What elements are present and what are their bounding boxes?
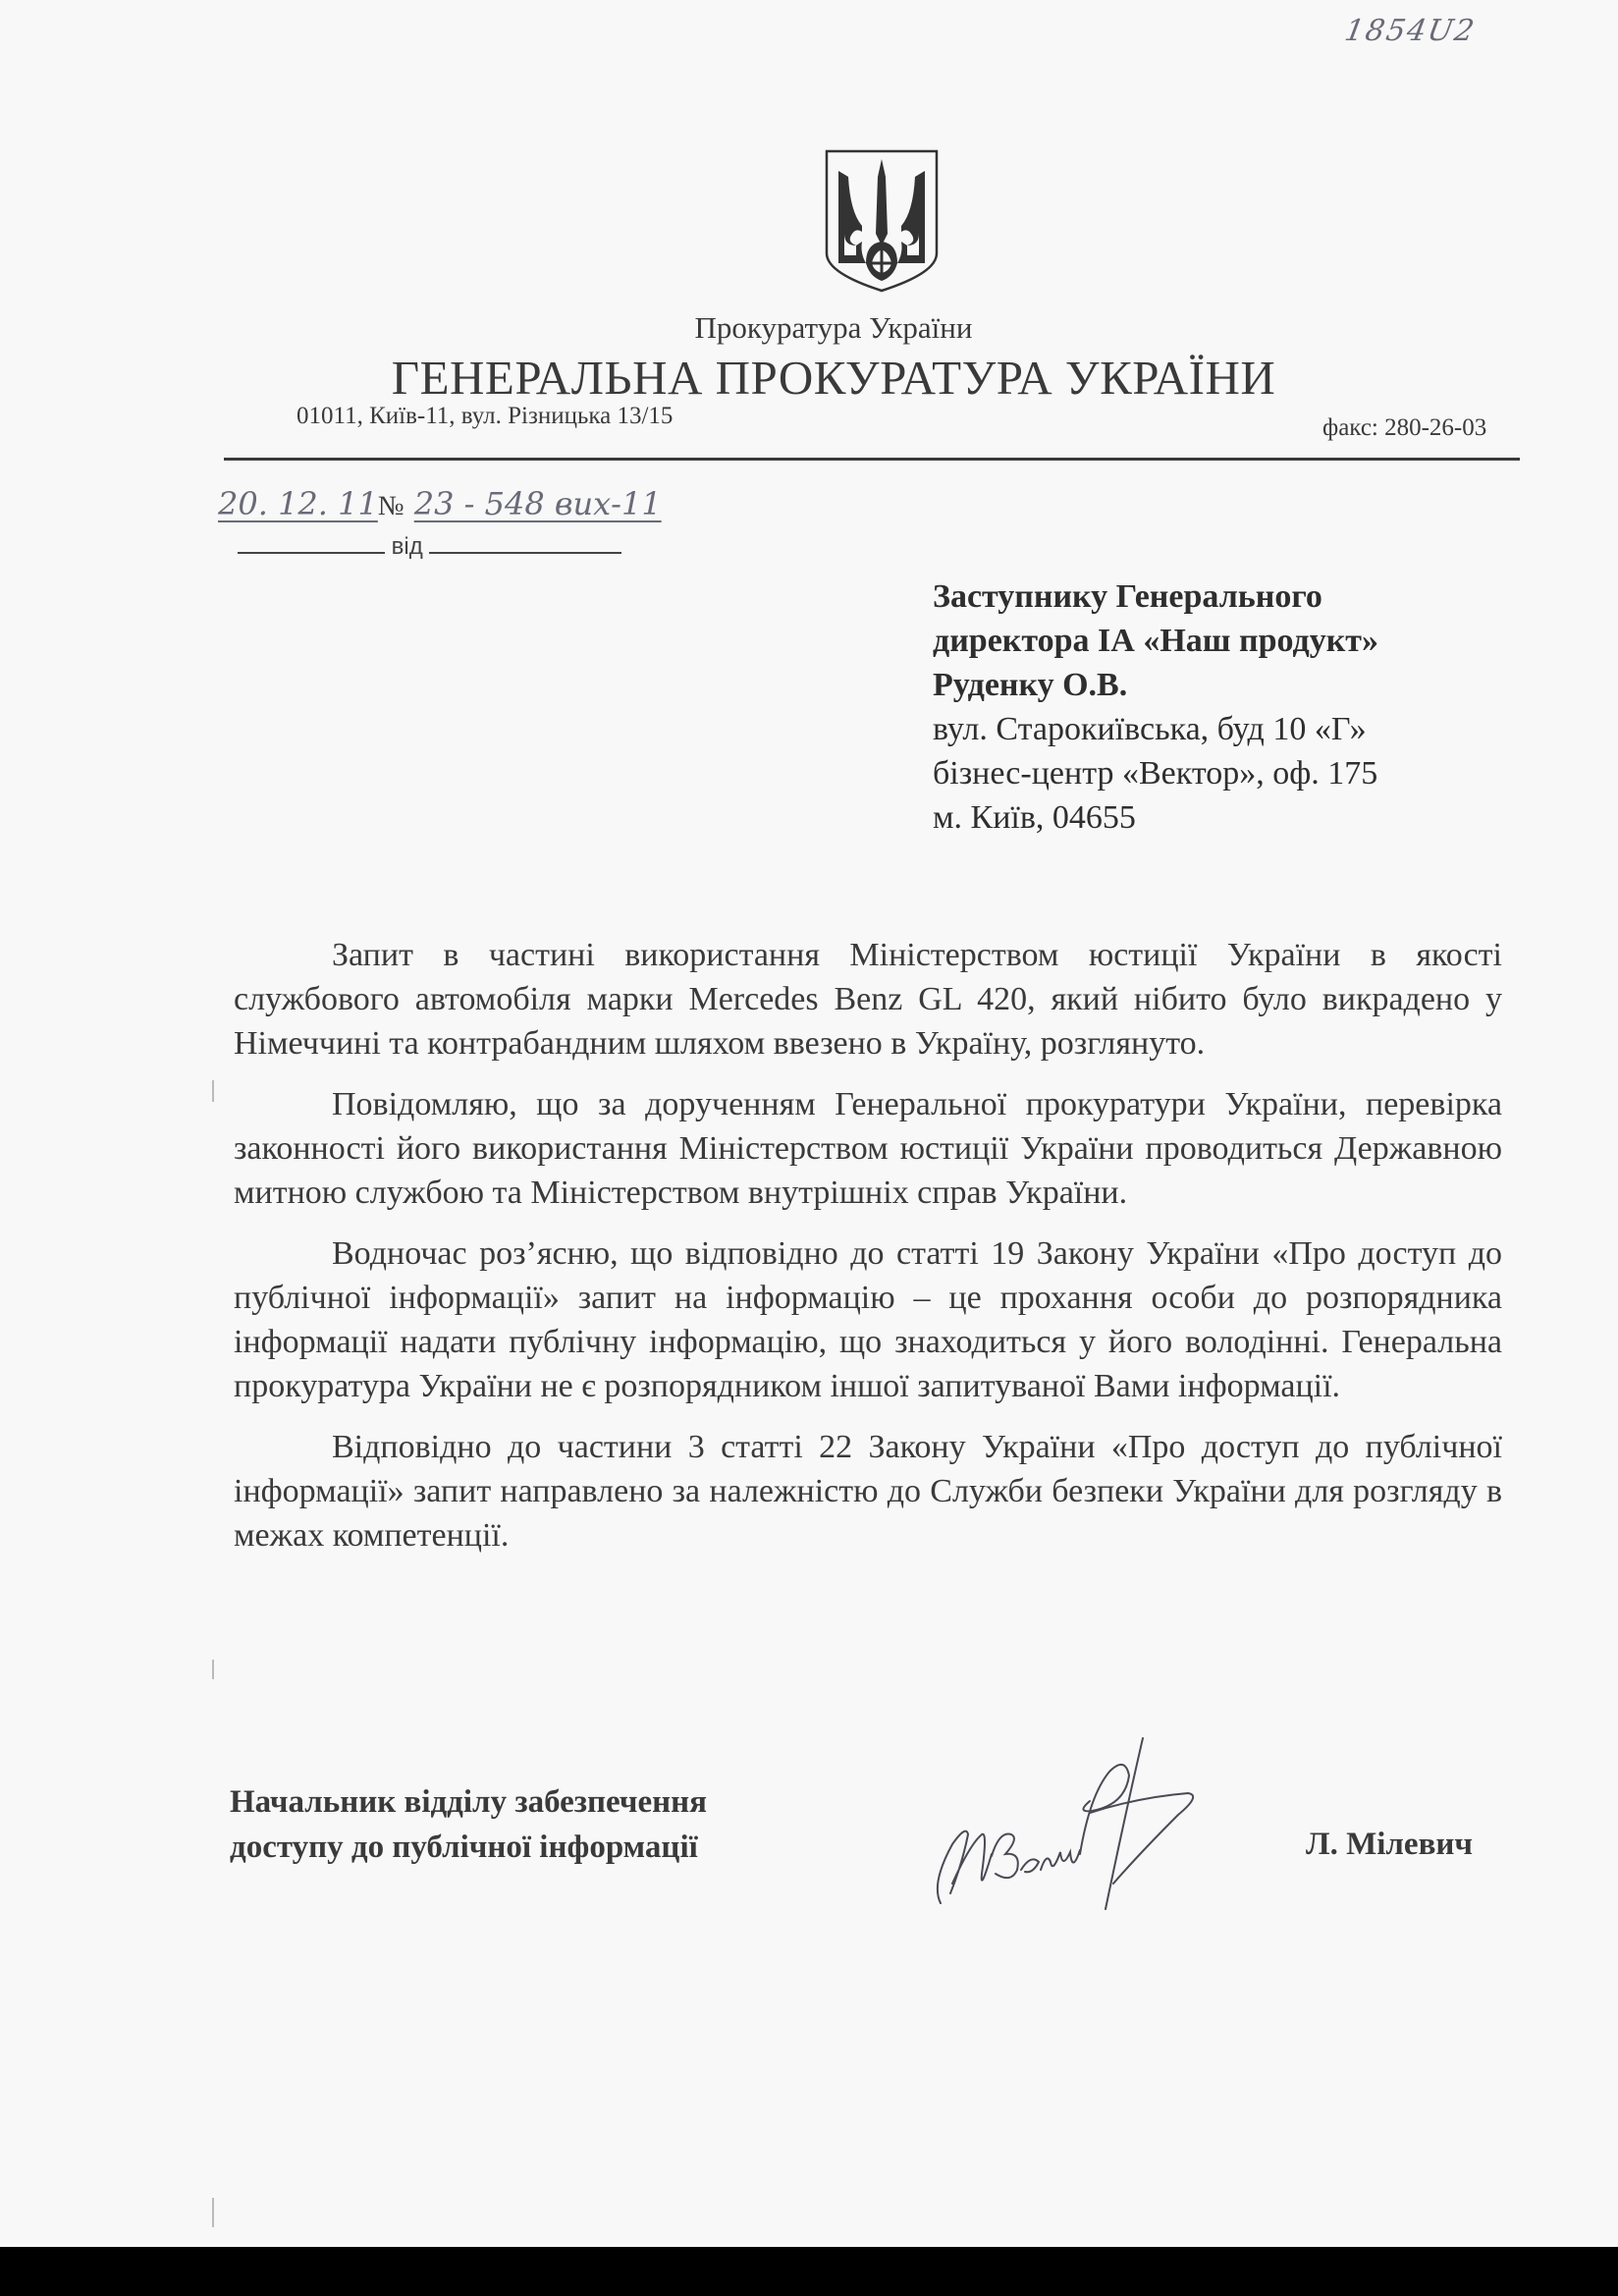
signatory-title-line: доступу до публічної інформації — [230, 1825, 707, 1870]
outgoing-number: 23 - 548 вих-11 — [414, 485, 662, 522]
sender-address: 01011, Київ-11, вул. Різницька 13/15 — [297, 403, 673, 430]
recipient-block: Заступнику Генерального директора ІА «На… — [933, 574, 1378, 840]
scan-margin-mark — [212, 1080, 214, 1102]
reference-label: від — [392, 533, 423, 560]
recipient-line: Заступнику Генерального — [933, 574, 1378, 619]
recipient-line: директора ІА «Наш продукт» — [933, 619, 1378, 663]
ministry-title: ГЕНЕРАЛЬНА ПРОКУРАТУРА УКРАЇНИ — [0, 350, 1618, 406]
body-paragraph: Водночас роз’ясню, що відповідно до стат… — [234, 1231, 1502, 1408]
recipient-address-line: м. Київ, 04655 — [933, 795, 1378, 840]
scan-margin-mark — [212, 2198, 214, 2227]
reference-line: від — [238, 533, 621, 561]
body-paragraph: Відповідно до частини 3 статті 22 Закону… — [234, 1425, 1502, 1558]
registration-mark: 1854U2 — [1342, 14, 1479, 48]
handwritten-signature-icon — [923, 1736, 1247, 1913]
recipient-address-line: бізнес-центр «Вектор», оф. 175 — [933, 751, 1378, 795]
reference-date-blank — [429, 534, 621, 554]
reference-number-blank — [238, 534, 385, 554]
scan-margin-mark — [212, 1660, 214, 1679]
recipient-name: Руденку О.В. — [933, 663, 1378, 707]
recipient-address-line: вул. Старокиївська, буд 10 «Г» — [933, 707, 1378, 751]
document-page: 1854U2 Прокуратура України ГЕНЕРАЛЬНА ПР… — [0, 0, 1618, 2247]
ministry-subtitle: Прокуратура України — [0, 310, 1618, 346]
signatory-title: Начальник відділу забезпечення доступу д… — [230, 1779, 707, 1870]
body-paragraph: Запит в частині використання Міністерств… — [234, 933, 1502, 1066]
signatory-title-line: Начальник відділу забезпечення — [230, 1779, 707, 1825]
trident-emblem-icon — [823, 147, 941, 293]
scan-border-bar — [0, 2247, 1618, 2296]
fax-number: факс: 280-26-03 — [1322, 414, 1486, 442]
letter-body: Запит в частині використання Міністерств… — [234, 933, 1502, 1574]
body-paragraph: Повідомляю, що за дорученням Генеральної… — [234, 1082, 1502, 1215]
number-sign: № — [378, 491, 404, 521]
outgoing-date: 20. 12. 11 — [218, 485, 378, 522]
outgoing-registration: 20. 12. 11№ 23 - 548 вих-11 — [218, 485, 662, 522]
signatory-name: Л. Мілевич — [1306, 1827, 1473, 1863]
header-divider — [224, 458, 1520, 461]
